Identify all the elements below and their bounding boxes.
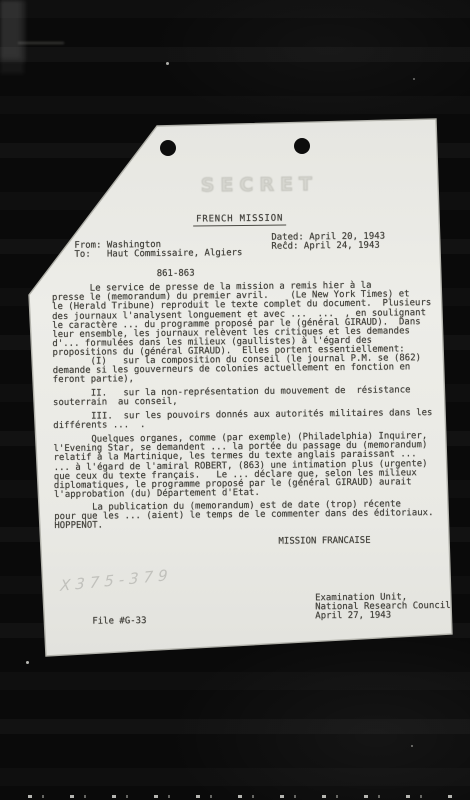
dust-speck	[26, 661, 29, 664]
body-paragraph-press-release: Le service de presse de la mission a rem…	[52, 281, 432, 359]
body-item-roman-3: III. sur les pouvoirs donnés aux autorit…	[53, 409, 432, 431]
film-bottom-dust-row	[15, 795, 462, 798]
document-heading: FRENCH MISSION	[193, 215, 286, 227]
signature-line: MISSION FRANCAISE	[278, 537, 370, 547]
pencil-annotation: X375-379	[60, 566, 173, 595]
examination-unit-block: Examination Unit, National Research Coun…	[315, 593, 451, 622]
body-paragraph-press-reactions: Quelques organes, comme (par exemple) (P…	[53, 432, 428, 500]
typed-content-layer: SECRET FRENCH MISSION From: Washington T…	[0, 0, 470, 800]
dust-speck	[411, 745, 413, 747]
dust-speck	[166, 62, 169, 65]
body-paragraph-closing: La publication du (memorandum) est de da…	[54, 500, 434, 532]
body-item-roman-1: (I) sur la composition du conseil (le jo…	[53, 354, 422, 385]
dated-received-block: Dated: April 20, 1943 Reĉd: April 24, 19…	[271, 232, 385, 252]
secret-classification-stamp: SECRET	[201, 173, 318, 196]
body-item-roman-2: II. sur la non-représentation du mouveme…	[53, 386, 411, 408]
microfilm-scan: SECRET FRENCH MISSION From: Washington T…	[0, 0, 470, 800]
telegram-serial-number: 861-863	[157, 269, 195, 279]
dust-speck	[413, 78, 415, 80]
from-to-block: From: Washington To: Haut Commissaire, A…	[74, 240, 242, 260]
file-number: File #G-33	[92, 617, 146, 627]
